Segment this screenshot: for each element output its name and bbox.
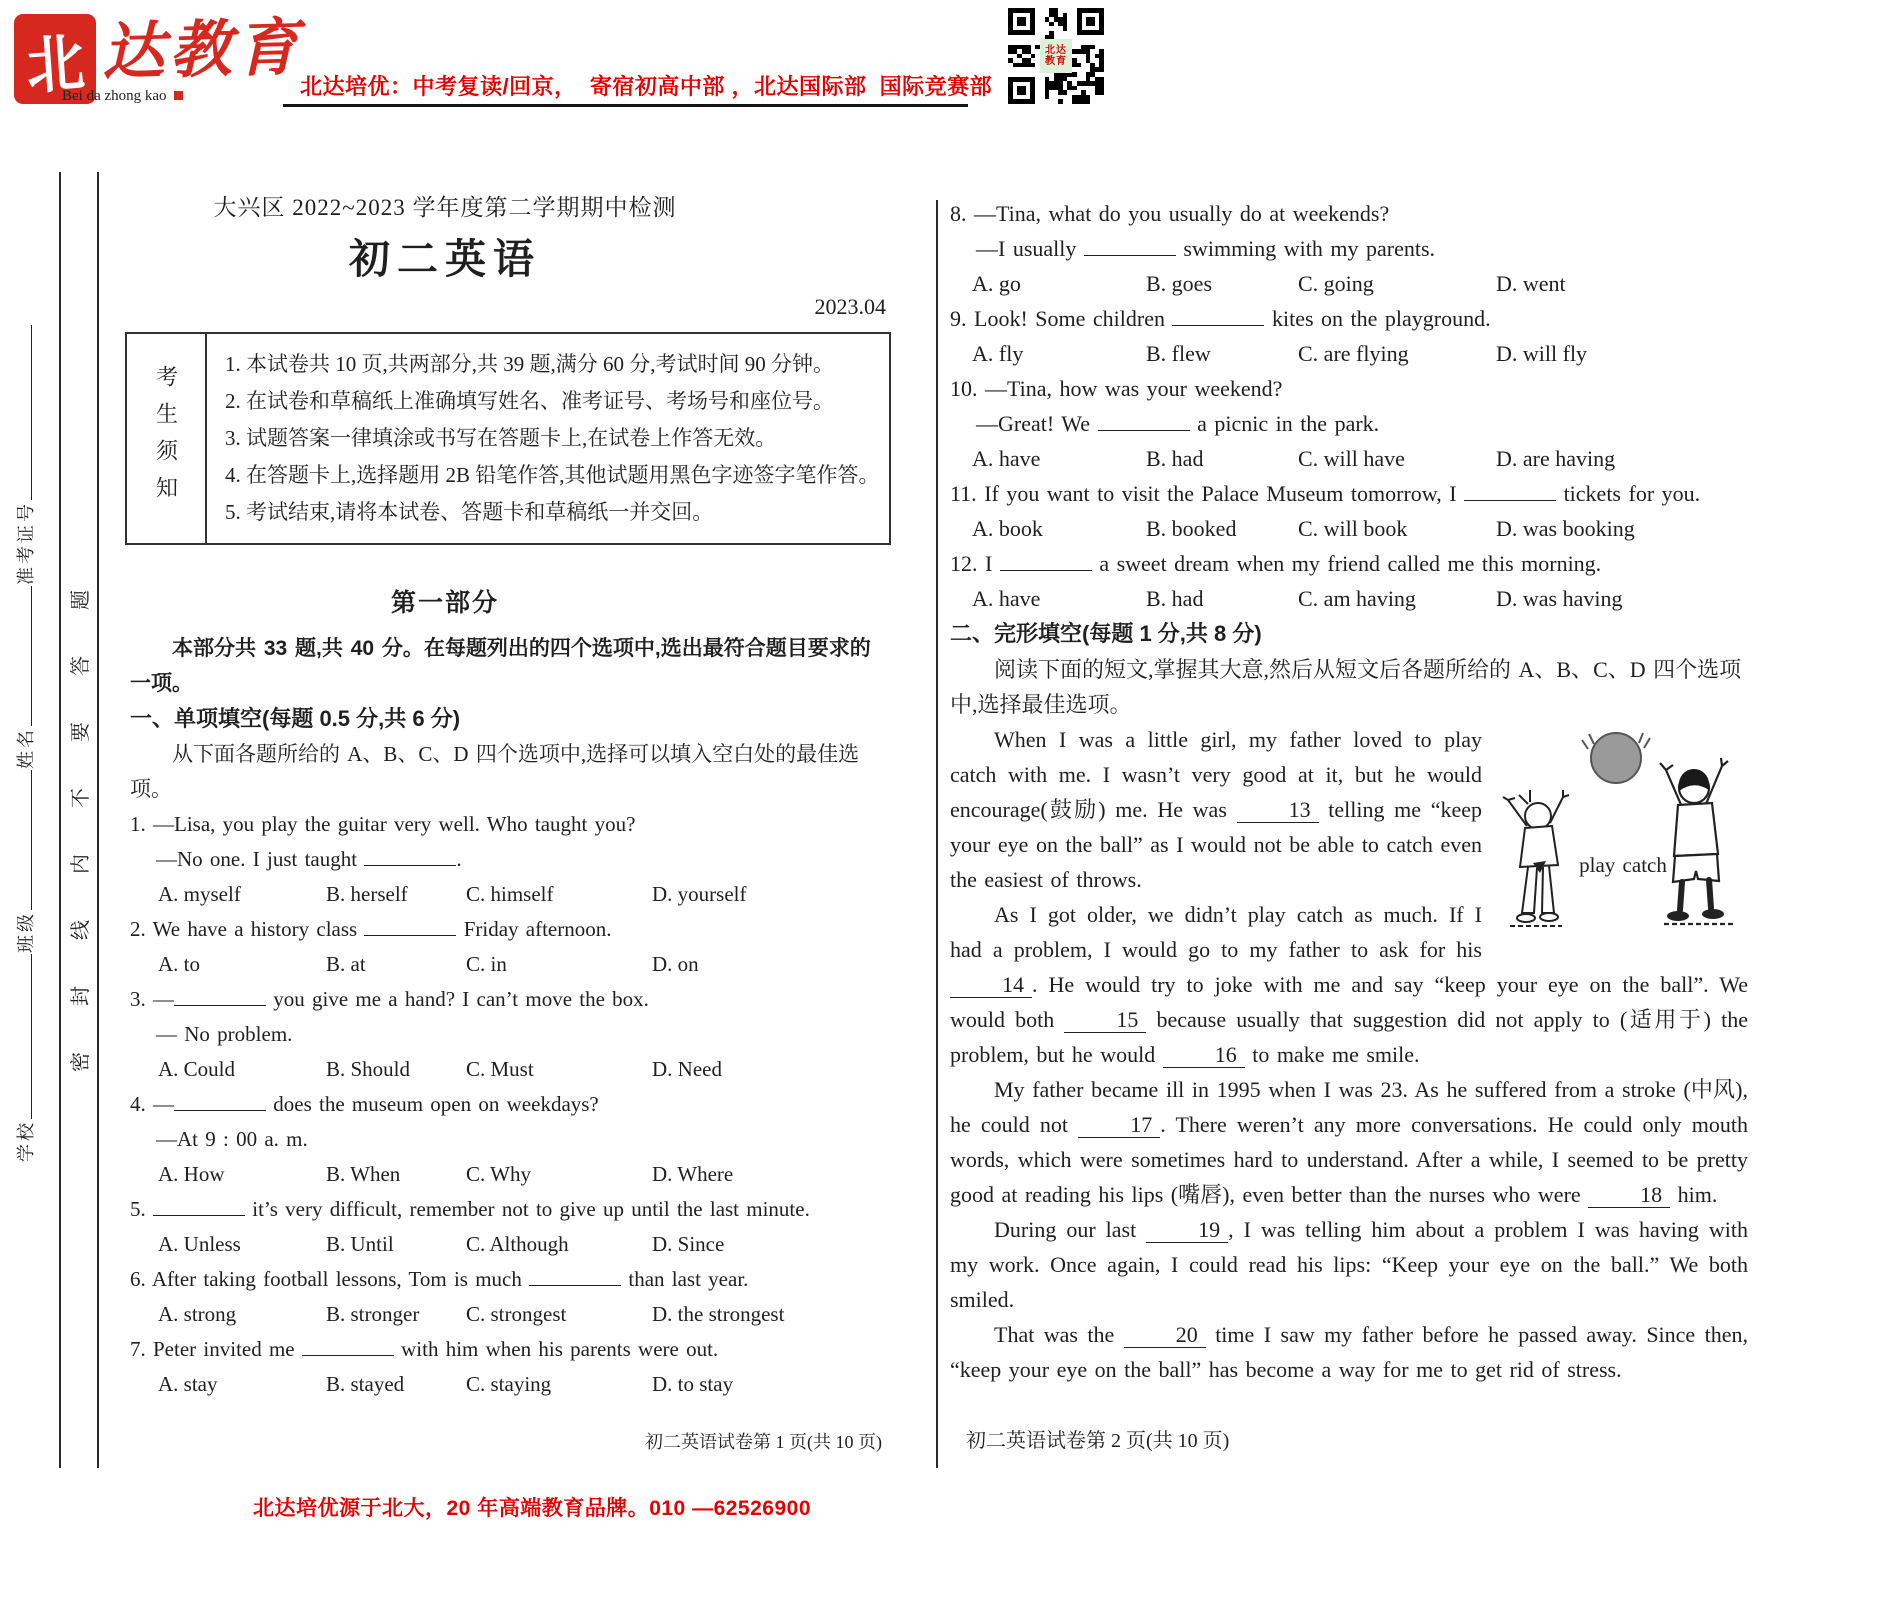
option-label: D. yourself (652, 877, 886, 912)
options-row: A. bookB. bookedC. will bookD. was booki… (950, 511, 1748, 546)
option-label: C. staying (466, 1367, 652, 1402)
question-5: 5. it’s very difficult, remember not to … (130, 1192, 886, 1262)
cloze-blank-16: 16 (1163, 1043, 1245, 1068)
question-7: 7. Peter invited me with him when his pa… (130, 1332, 886, 1402)
question-6: 6. After taking football lessons, Tom is… (130, 1262, 886, 1332)
cloze-blank-15: 15 (1064, 1008, 1146, 1033)
column-divider-line (936, 200, 938, 1468)
option-label: C. will have (1298, 441, 1496, 476)
notice-item: 4. 在答题卡上,选择题用 2B 铅笔作答,其他试题用黑色字迹签字笔作答。 (225, 457, 880, 494)
question-12: 12. I a sweet dream when my friend calle… (950, 546, 1748, 616)
option-label: A. stay (158, 1367, 326, 1402)
tagline-square-icon (174, 91, 183, 100)
notice-item: 1. 本试卷共 10 页,共两部分,共 39 题,满分 60 分,考试时间 90… (225, 346, 880, 383)
ball-icon (1582, 733, 1650, 783)
section2-heading: 二、完形填空(每题 1 分,共 8 分) (950, 616, 1748, 652)
answer-blank (1172, 307, 1264, 326)
option-label: D. Where (652, 1157, 886, 1192)
option-label: B. flew (1146, 336, 1298, 371)
brand-script-text: 达教育 (101, 0, 304, 92)
option-label: C. Why (466, 1157, 652, 1192)
bottom-banner: 北达培优源于北大，20 年高端教育品牌。010 —62526900 (253, 1492, 811, 1522)
answer-blank (1000, 552, 1092, 571)
answer-blank (174, 1092, 266, 1111)
brand-tagline: Bei da zhong kao (62, 88, 183, 105)
option-label: A. Unless (158, 1227, 326, 1262)
option-label: A. have (972, 441, 1146, 476)
option-label: A. fly (972, 336, 1146, 371)
answer-blank (153, 1197, 245, 1216)
answer-blank (1084, 237, 1176, 256)
exam-title: 大兴区 2022~2023 学年度第二学期期中检测 (130, 192, 760, 224)
page2-footer: 初二英语试卷第 2 页(共 10 页) (966, 1424, 1229, 1453)
options-row: A. stayB. stayedC. stayingD. to stay (130, 1367, 886, 1402)
option-label: D. Need (652, 1052, 886, 1087)
option-label: C. will book (1298, 511, 1496, 546)
play-catch-illustration: play catch (1496, 724, 1748, 929)
options-row: A. myselfB. herselfC. himselfD. yourself (130, 877, 886, 912)
question-line: —No one. I just taught . (130, 842, 886, 877)
option-label: D. the strongest (652, 1297, 886, 1332)
question-10: 10. —Tina, how was your weekend?—Great! … (950, 371, 1748, 476)
answer-blank (302, 1337, 394, 1356)
option-label: A. have (972, 581, 1146, 616)
seal-margin-line-inner (97, 172, 99, 1468)
option-label: D. was booking (1496, 511, 1748, 546)
student-info-label: 姓名 (16, 727, 36, 769)
option-label: C. going (1298, 266, 1496, 301)
seal-margin-line-outer (59, 172, 61, 1468)
answer-blank (1464, 482, 1556, 501)
student-info-label: 班级 (16, 911, 36, 953)
cloze-blank-18: 18 (1588, 1183, 1670, 1208)
question-line: 11. If you want to visit the Palace Muse… (950, 476, 1748, 511)
qr-finder-icon (1008, 8, 1035, 35)
options-row: A. goB. goesC. goingD. went (950, 266, 1748, 301)
student-info-underline (17, 770, 32, 910)
question-line: 10. —Tina, how was your weekend? (950, 371, 1748, 406)
question-line: 8. —Tina, what do you usually do at week… (950, 196, 1748, 231)
option-label: B. had (1146, 441, 1298, 476)
cloze-blank-13: 13 (1237, 798, 1319, 823)
question-9: 9. Look! Some children kites on the play… (950, 301, 1748, 371)
option-label: B. had (1146, 581, 1298, 616)
questions-1-7: 1. —Lisa, you play the guitar very well.… (130, 807, 886, 1402)
cloze-blank-20: 20 (1124, 1323, 1206, 1348)
question-line: 2. We have a history class Friday aftern… (130, 912, 886, 947)
answer-blank (529, 1267, 621, 1286)
options-row: A. UnlessB. UntilC. AlthoughD. Since (130, 1227, 886, 1262)
option-label: D. on (652, 947, 886, 982)
option-label: A. Could (158, 1052, 326, 1087)
option-label: C. in (466, 947, 652, 982)
answer-blank (174, 987, 266, 1006)
question-line: 9. Look! Some children kites on the play… (950, 301, 1748, 336)
section1-heading: 一、单项填空(每题 0.5 分,共 6 分) (130, 701, 886, 737)
illustration-caption: play catch (1558, 848, 1688, 883)
option-label: B. goes (1146, 266, 1298, 301)
section1-intro: 从下面各题所给的 A、B、C、D 四个选项中,选择可以填入空白处的最佳选项。 (130, 737, 886, 807)
option-label: B. When (326, 1157, 466, 1192)
student-info-fields: 学校班级姓名准考证号 (12, 210, 38, 1162)
options-row: A. strongB. strongerC. strongestD. the s… (130, 1297, 886, 1332)
option-label: A. to (158, 947, 326, 982)
exam-scan-page: 北 达教育 Bei da zhong kao 北达培优：中考复读/回京， 寄宿初… (0, 0, 1881, 1612)
option-label: A. book (972, 511, 1146, 546)
option-label: D. went (1496, 266, 1748, 301)
page1-column: 大兴区 2022~2023 学年度第二学期期中检测 初二英语 2023.04 考… (130, 192, 886, 1402)
qr-finder-icon (1008, 77, 1035, 104)
question-line: 6. After taking football lessons, Tom is… (130, 1262, 886, 1297)
question-line: — No problem. (130, 1017, 886, 1052)
answer-blank (364, 917, 456, 936)
option-label: B. stayed (326, 1367, 466, 1402)
cloze-blank-19: 19 (1146, 1218, 1228, 1243)
qr-center-logo: 北达 教育 (1040, 39, 1072, 73)
option-label: C. Must (466, 1052, 652, 1087)
option-label: C. are flying (1298, 336, 1496, 371)
option-label: D. Since (652, 1227, 886, 1262)
options-row: A. CouldB. ShouldC. MustD. Need (130, 1052, 886, 1087)
options-row: A. haveB. hadC. am havingD. was having (950, 581, 1748, 616)
part1-intro: 本部分共 33 题,共 40 分。在每题列出的四个选项中,选出最符合题目要求的一… (130, 631, 886, 701)
header-rule (283, 104, 968, 107)
cloze-passage: play catch When I was a little girl, my … (950, 722, 1748, 1387)
option-label: D. are having (1496, 441, 1748, 476)
passage-paragraph: That was the 20 time I saw my father bef… (950, 1317, 1748, 1387)
notice-side-label: 考生须知 (127, 334, 207, 543)
question-line: 4. — does the museum open on weekdays? (130, 1087, 886, 1122)
question-line: 7. Peter invited me with him when his pa… (130, 1332, 886, 1367)
options-row: A. toB. atC. inD. on (130, 947, 886, 982)
section2-intro: 阅读下面的短文,掌握其大意,然后从短文后各题所给的 A、B、C、D 四个选项中,… (950, 652, 1748, 722)
passage-paragraph: During our last 19, I was telling him ab… (950, 1212, 1748, 1317)
man-figure (1660, 758, 1736, 924)
option-label: B. herself (326, 877, 466, 912)
student-info-underline (17, 325, 32, 500)
option-label: C. himself (466, 877, 652, 912)
question-1: 1. —Lisa, you play the guitar very well.… (130, 807, 886, 912)
options-row: A. haveB. hadC. will haveD. are having (950, 441, 1748, 476)
student-info-underline (17, 954, 32, 1119)
option-label: B. at (326, 947, 466, 982)
page2-column: 8. —Tina, what do you usually do at week… (950, 196, 1748, 1387)
question-line: —I usually swimming with my parents. (950, 231, 1748, 266)
student-info-label: 学校 (16, 1120, 36, 1162)
option-label: A. How (158, 1157, 326, 1192)
seal-margin-text: 密封线内不要答题 (64, 472, 93, 1072)
cloze-blank-14: 14 (950, 973, 1032, 998)
options-row: A. flyB. flewC. are flyingD. will fly (950, 336, 1748, 371)
question-11: 11. If you want to visit the Palace Muse… (950, 476, 1748, 546)
option-label: D. to stay (652, 1367, 886, 1402)
question-line: —Great! We a picnic in the park. (950, 406, 1748, 441)
notice-items: 1. 本试卷共 10 页,共两部分,共 39 题,满分 60 分,考试时间 90… (207, 334, 888, 543)
option-label: D. was having (1496, 581, 1748, 616)
passage-paragraph: My father became ill in 1995 when I was … (950, 1072, 1748, 1212)
options-row: A. HowB. WhenC. WhyD. Where (130, 1157, 886, 1192)
candidate-notice-box: 考生须知 1. 本试卷共 10 页,共两部分,共 39 题,满分 60 分,考试… (125, 332, 891, 545)
answer-blank (1098, 412, 1190, 431)
question-line: 5. it’s very difficult, remember not to … (130, 1192, 886, 1227)
question-line: 12. I a sweet dream when my friend calle… (950, 546, 1748, 581)
part1-heading: 第一部分 (130, 585, 760, 621)
option-label: C. strongest (466, 1297, 652, 1332)
option-label: B. Until (326, 1227, 466, 1262)
option-label: A. strong (158, 1297, 326, 1332)
questions-8-12: 8. —Tina, what do you usually do at week… (950, 196, 1748, 616)
question-line: —At 9 : 00 a. m. (130, 1122, 886, 1157)
question-4: 4. — does the museum open on weekdays?—A… (130, 1087, 886, 1192)
option-label: A. go (972, 266, 1146, 301)
notice-item: 5. 考试结束,请将本试卷、答题卡和草稿纸一并交回。 (225, 494, 880, 531)
exam-date: 2023.04 (130, 294, 886, 320)
exam-subject-title: 初二英语 (130, 232, 760, 286)
question-3: 3. — you give me a hand? I can’t move th… (130, 982, 886, 1087)
option-label: A. myself (158, 877, 326, 912)
header-slogan: 北达培优：中考复读/回京， 寄宿初高中部 ，北达国际部 国际竞赛部 (300, 70, 992, 101)
cloze-blank-17: 17 (1078, 1113, 1160, 1138)
answer-blank (364, 847, 456, 866)
question-2: 2. We have a history class Friday aftern… (130, 912, 886, 982)
question-line: 1. —Lisa, you play the guitar very well.… (130, 807, 886, 842)
student-info-label: 准考证号 (16, 501, 36, 585)
option-label: B. booked (1146, 511, 1298, 546)
notice-item: 2. 在试卷和草稿纸上准确填写姓名、准考证号、考场号和座位号。 (225, 383, 880, 420)
question-8: 8. —Tina, what do you usually do at week… (950, 196, 1748, 301)
brand-tagline-text: Bei da zhong kao (62, 88, 167, 104)
qr-finder-icon (1077, 8, 1104, 35)
option-label: B. stronger (326, 1297, 466, 1332)
qr-code: 北达 教育 (1008, 8, 1104, 104)
option-label: C. am having (1298, 581, 1496, 616)
student-info-underline (17, 586, 32, 726)
option-label: D. will fly (1496, 336, 1748, 371)
notice-item: 3. 试题答案一律填涂或书写在答题卡上,在试卷上作答无效。 (225, 420, 880, 457)
option-label: C. Although (466, 1227, 652, 1262)
question-line: 3. — you give me a hand? I can’t move th… (130, 982, 886, 1017)
option-label: B. Should (326, 1052, 466, 1087)
page1-footer: 初二英语试卷第 1 页(共 10 页) (130, 1428, 882, 1454)
